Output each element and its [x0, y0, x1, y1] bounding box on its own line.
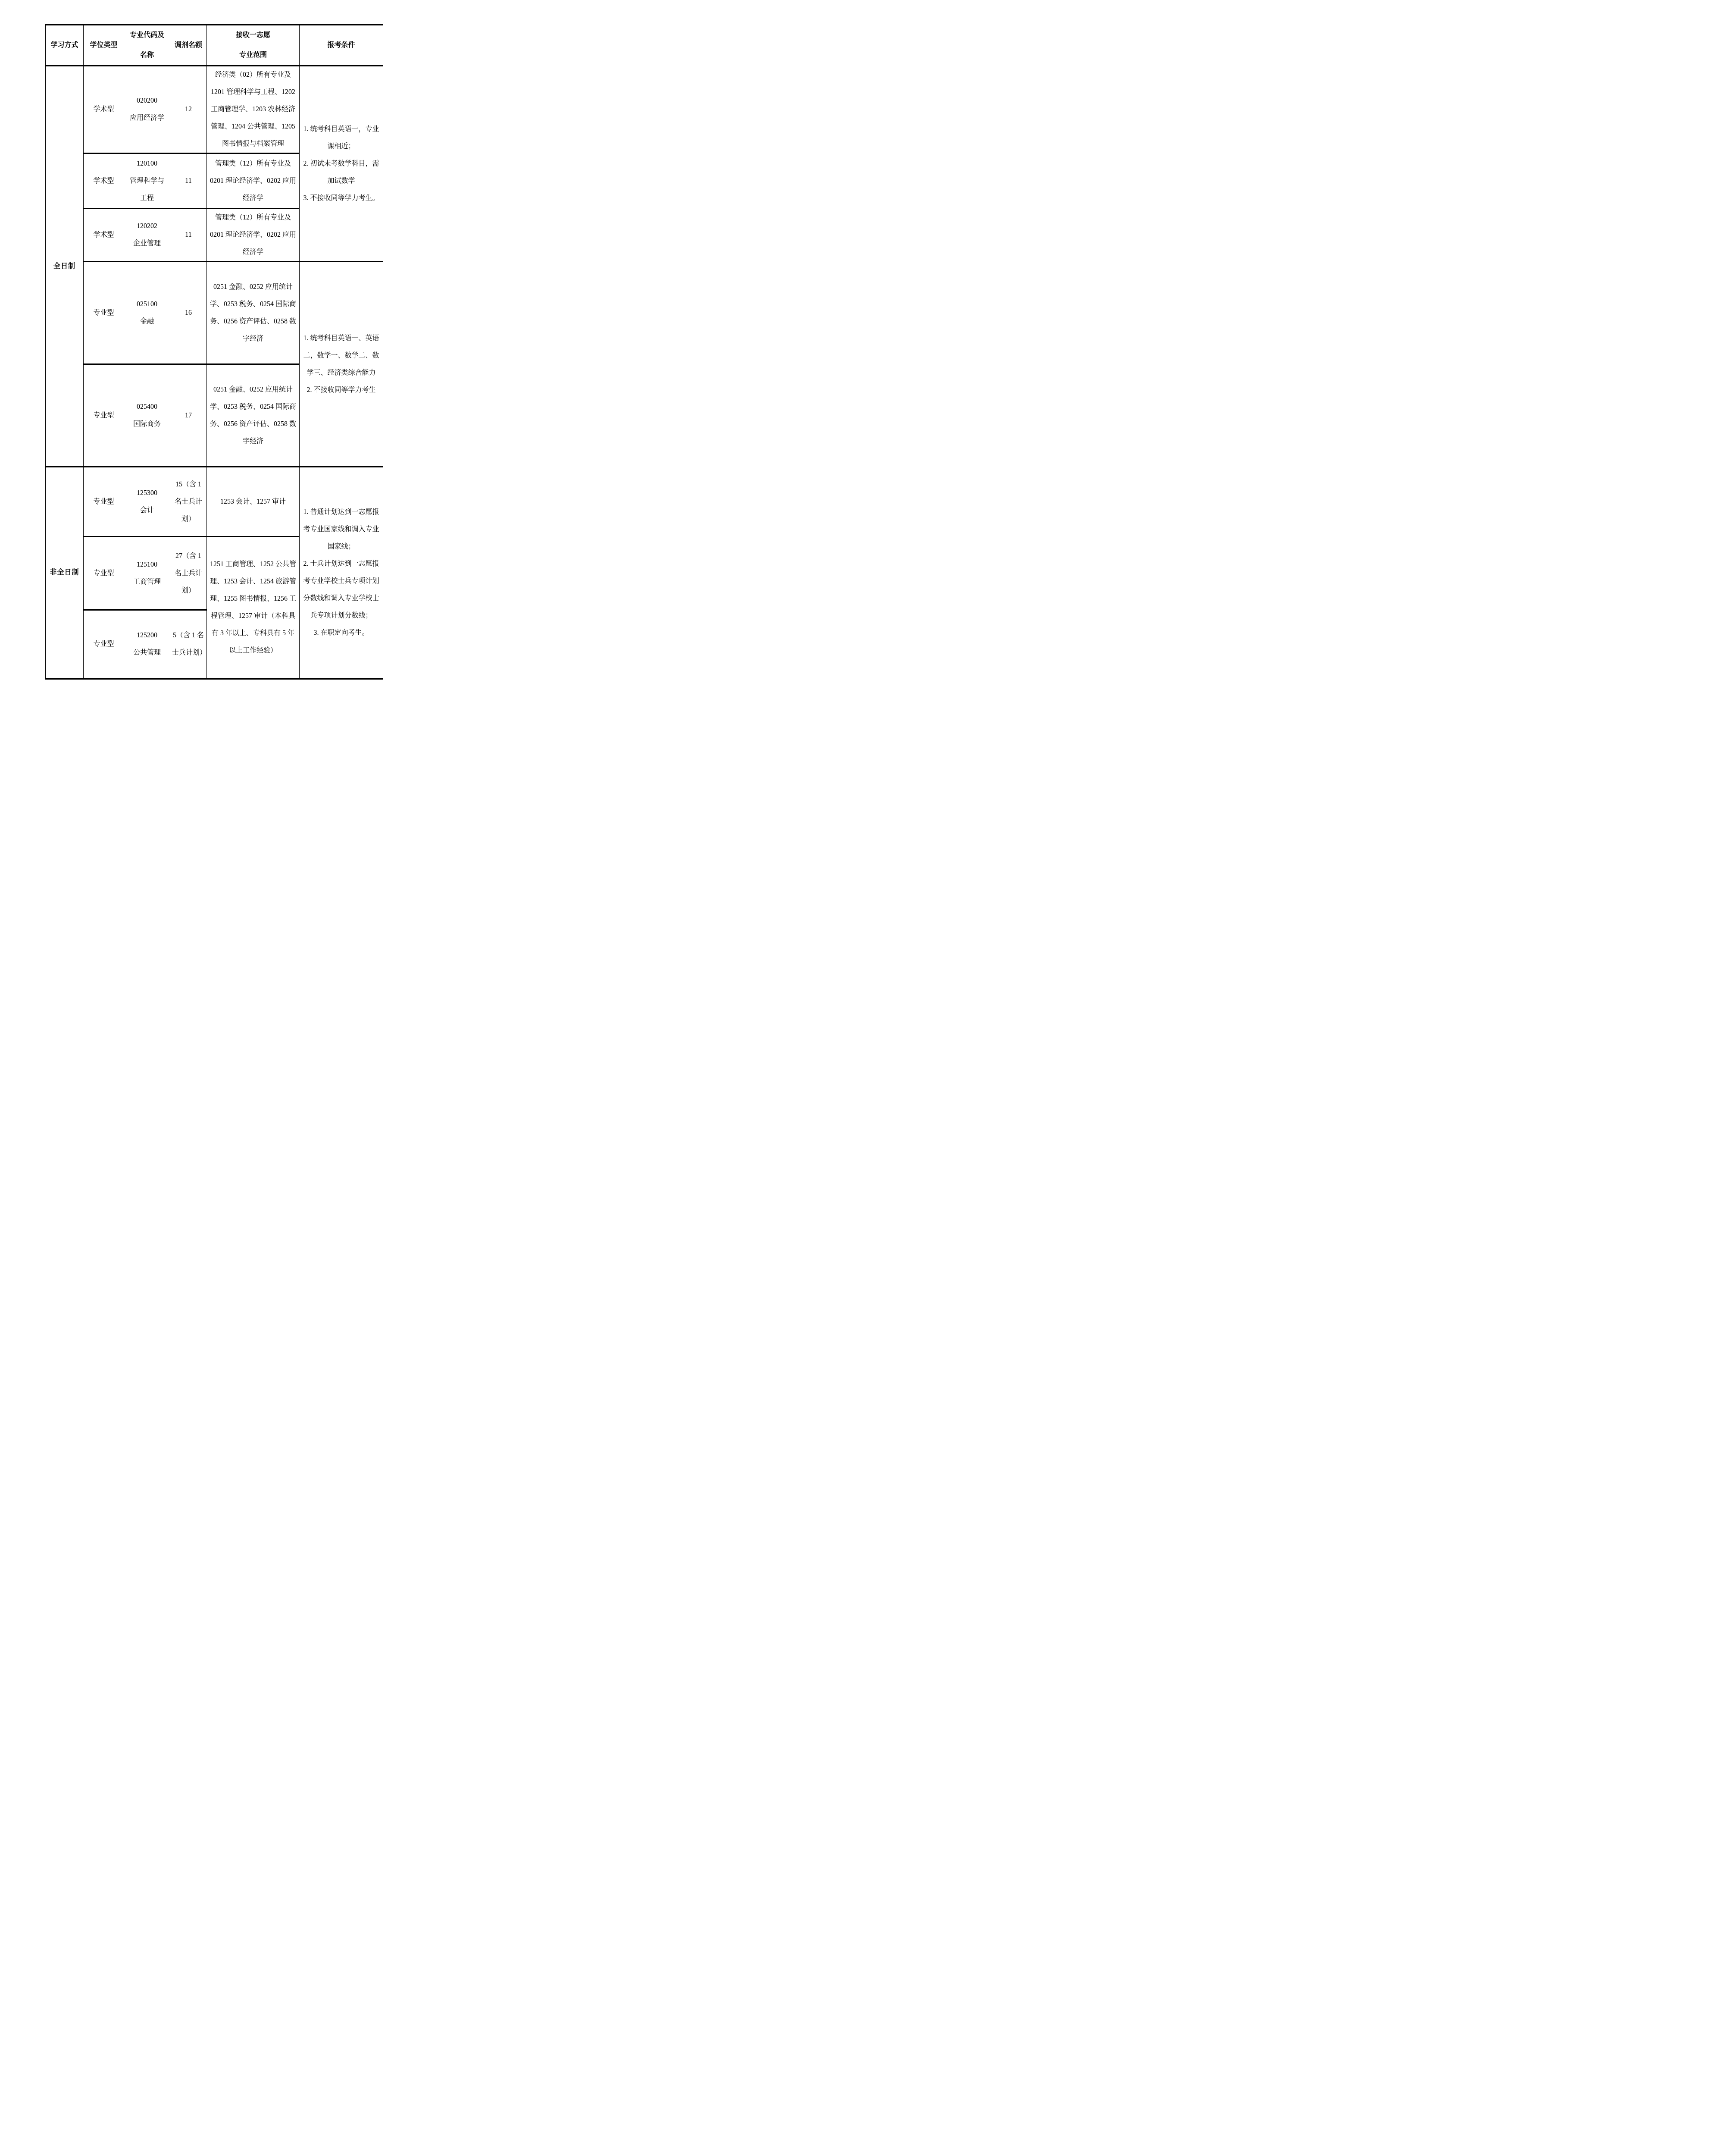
header-major-line1: 专业代码及 — [125, 25, 169, 45]
major-cell: 120100 管理科学与工程 — [124, 154, 170, 209]
header-scope-line2: 专业范围 — [208, 45, 298, 65]
major-cell: 025400 国际商务 — [124, 364, 170, 467]
degree-type-cell: 学术型 — [84, 209, 124, 262]
degree-type-cell: 学术型 — [84, 66, 124, 154]
major-cell: 125100 工商管理 — [124, 537, 170, 610]
condition-item: 3. 在职定向考生。 — [302, 624, 380, 642]
major-name: 国际商务 — [127, 416, 167, 433]
major-cell: 025100 金融 — [124, 262, 170, 364]
condition-item: 1. 统考科目英语一，专业课相近； — [302, 121, 380, 155]
condition-item: 1. 普通计划达到一志愿报考专业国家线和调入专业国家线； — [302, 504, 380, 555]
scope-cell: 经济类（02）所有专业及 1201 管理科学与工程、1202 工商管理学、120… — [207, 66, 300, 154]
conditions-cell-professional: 1. 统考科目英语一、英语二，数学一、数学二、数学三、经济类综合能力 2. 不接… — [300, 262, 383, 467]
header-quota: 调剂名额 — [170, 25, 207, 66]
condition-item: 3. 不接收同等学力考生。 — [302, 190, 380, 207]
major-name: 金融 — [127, 313, 167, 330]
quota-cell: 17 — [170, 364, 207, 467]
scope-cell: 0251 金融、0252 应用统计学、0253 税务、0254 国际商务、025… — [207, 364, 300, 467]
document-page: 学习方式 学位类型 专业代码及 名称 调剂名额 接收一志愿 专业范围 报考条件 … — [0, 0, 428, 693]
quota-cell: 11 — [170, 154, 207, 209]
conditions-cell-academic: 1. 统考科目英语一，专业课相近； 2. 初试未考数学科目，需加试数学 3. 不… — [300, 66, 383, 262]
condition-item: 2. 士兵计划达到一志愿报考专业学校士兵专项计划分数线和调入专业学校士兵专项计划… — [302, 555, 380, 624]
quota-cell: 5（含 1 名士兵计划） — [170, 610, 207, 679]
condition-item: 2. 初试未考数学科目，需加试数学 — [302, 155, 380, 190]
scope-cell: 管理类（12）所有专业及 0201 理论经济学、0202 应用经济学 — [207, 154, 300, 209]
header-conditions: 报考条件 — [300, 25, 383, 66]
table-row: 非全日制 专业型 125300 会计 15（含 1 名士兵计划） 1253 会计… — [46, 467, 383, 537]
major-code: 020200 — [127, 92, 167, 110]
major-code: 025100 — [127, 296, 167, 313]
scope-cell: 0251 金融、0252 应用统计学、0253 税务、0254 国际商务、025… — [207, 262, 300, 364]
condition-item: 1. 统考科目英语一、英语二，数学一、数学二、数学三、经济类综合能力 — [302, 330, 380, 382]
scope-cell: 管理类（12）所有专业及 0201 理论经济学、0202 应用经济学 — [207, 209, 300, 262]
header-row: 学习方式 学位类型 专业代码及 名称 调剂名额 接收一志愿 专业范围 报考条件 — [46, 25, 383, 66]
admission-transfer-table: 学习方式 学位类型 专业代码及 名称 调剂名额 接收一志愿 专业范围 报考条件 … — [45, 24, 383, 680]
scope-cell: 1251 工商管理、1252 公共管理、1253 会计、1254 旅游管理、12… — [207, 537, 300, 679]
header-scope: 接收一志愿 专业范围 — [207, 25, 300, 66]
study-mode-cell-full-time: 全日制 — [46, 66, 84, 467]
study-mode-cell-part-time: 非全日制 — [46, 467, 84, 679]
condition-item: 2. 不接收同等学力考生 — [302, 382, 380, 399]
degree-type-cell: 专业型 — [84, 537, 124, 610]
major-name: 会计 — [127, 502, 167, 519]
degree-type-cell: 专业型 — [84, 467, 124, 537]
scope-cell: 1253 会计、1257 审计 — [207, 467, 300, 537]
quota-cell: 16 — [170, 262, 207, 364]
degree-type-cell: 专业型 — [84, 262, 124, 364]
major-name: 工商管理 — [127, 573, 167, 591]
major-code: 125300 — [127, 485, 167, 502]
major-cell: 125300 会计 — [124, 467, 170, 537]
major-code: 125100 — [127, 556, 167, 573]
degree-type-cell: 专业型 — [84, 610, 124, 679]
header-study-mode: 学习方式 — [46, 25, 84, 66]
major-cell: 125200 公共管理 — [124, 610, 170, 679]
header-major-code-name: 专业代码及 名称 — [124, 25, 170, 66]
major-name: 公共管理 — [127, 644, 167, 661]
header-degree-type: 学位类型 — [84, 25, 124, 66]
table-row: 全日制 学术型 020200 应用经济学 12 经济类（02）所有专业及 120… — [46, 66, 383, 154]
header-scope-line1: 接收一志愿 — [208, 25, 298, 45]
major-code: 120100 — [127, 155, 167, 172]
major-name: 企业管理 — [127, 235, 167, 252]
major-code: 125200 — [127, 627, 167, 644]
header-major-line2: 名称 — [125, 45, 169, 65]
major-name: 管理科学与工程 — [127, 172, 167, 207]
major-cell: 120202 企业管理 — [124, 209, 170, 262]
major-code: 120202 — [127, 218, 167, 235]
quota-cell: 15（含 1 名士兵计划） — [170, 467, 207, 537]
degree-type-cell: 专业型 — [84, 364, 124, 467]
degree-type-cell: 学术型 — [84, 154, 124, 209]
major-cell: 020200 应用经济学 — [124, 66, 170, 154]
major-name: 应用经济学 — [127, 110, 167, 127]
table-row: 专业型 025100 金融 16 0251 金融、0252 应用统计学、0253… — [46, 262, 383, 364]
quota-cell: 27（含 1 名士兵计划） — [170, 537, 207, 610]
quota-cell: 11 — [170, 209, 207, 262]
quota-cell: 12 — [170, 66, 207, 154]
conditions-cell-part-time: 1. 普通计划达到一志愿报考专业国家线和调入专业国家线； 2. 士兵计划达到一志… — [300, 467, 383, 679]
major-code: 025400 — [127, 398, 167, 416]
